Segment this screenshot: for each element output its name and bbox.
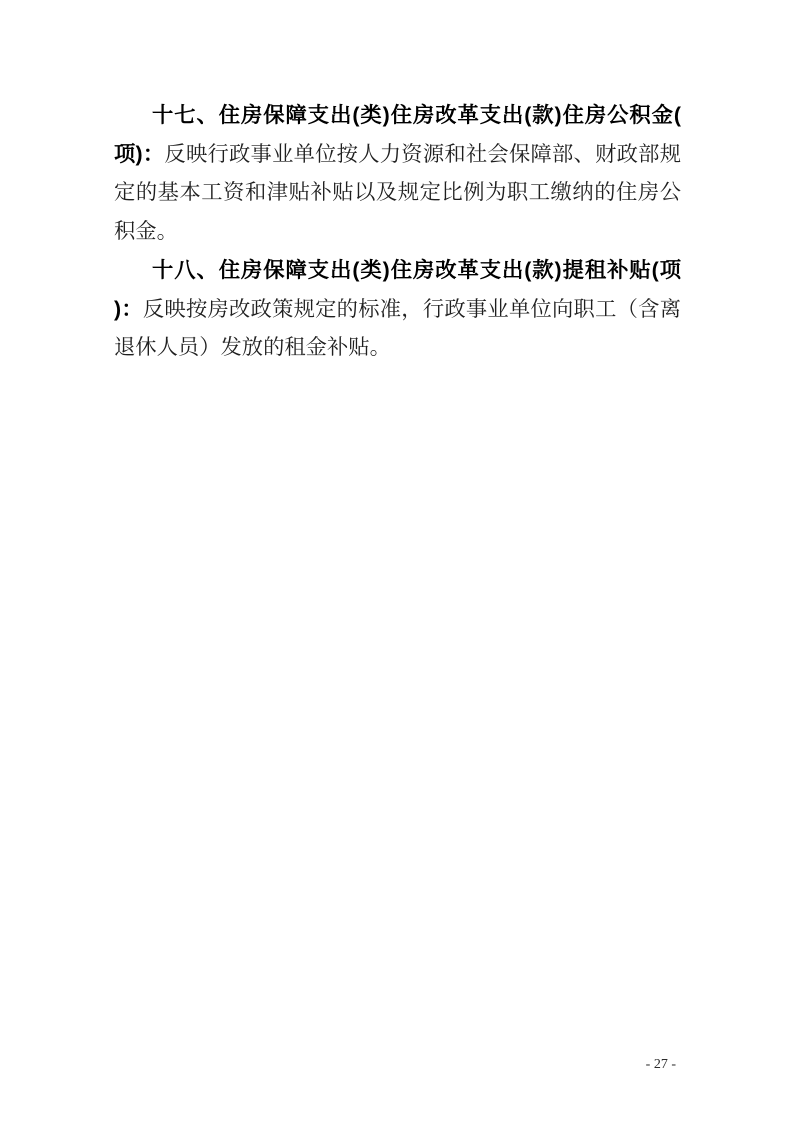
- body-segment: 定的基本工资和津贴补贴以及规定比例为职工缴纳的住房公: [114, 180, 681, 204]
- document-text-block: 十七、住房保障支出(类)住房改革支出(款)住房公积金( 项)：反映行政事业单位按…: [114, 96, 681, 367]
- heading-segment: 十七、住房保障支出(类)住房改革支出(款)住房公积金(: [152, 103, 681, 127]
- heading-segment: 项)：: [114, 142, 164, 166]
- text-line: 定的基本工资和津贴补贴以及规定比例为职工缴纳的住房公: [114, 173, 681, 212]
- body-segment: 反映行政事业单位按人力资源和社会保障部、财政部规: [164, 142, 681, 166]
- text-line: 积金。: [114, 212, 681, 251]
- body-segment: 积金。: [114, 219, 178, 243]
- text-line: 十八、住房保障支出(类)住房改革支出(款)提租补贴(项: [114, 251, 681, 290]
- text-line: 十七、住房保障支出(类)住房改革支出(款)住房公积金(: [114, 96, 681, 135]
- text-line: 退休人员）发放的租金补贴。: [114, 328, 681, 367]
- heading-segment: 十八、住房保障支出(类)住房改革支出(款)提租补贴(项: [152, 258, 681, 282]
- body-segment: 反映按房改政策规定的标准，行政事业单位向职工（含离: [143, 297, 681, 321]
- text-line: 项)：反映行政事业单位按人力资源和社会保障部、财政部规: [114, 135, 681, 174]
- text-line: )：反映按房改政策规定的标准，行政事业单位向职工（含离: [114, 290, 681, 329]
- body-segment: 退休人员）发放的租金补贴。: [114, 335, 391, 359]
- document-page: 十七、住房保障支出(类)住房改革支出(款)住房公积金( 项)：反映行政事业单位按…: [0, 0, 793, 1122]
- page-number: - 27 -: [646, 1057, 676, 1073]
- heading-segment: )：: [114, 297, 143, 321]
